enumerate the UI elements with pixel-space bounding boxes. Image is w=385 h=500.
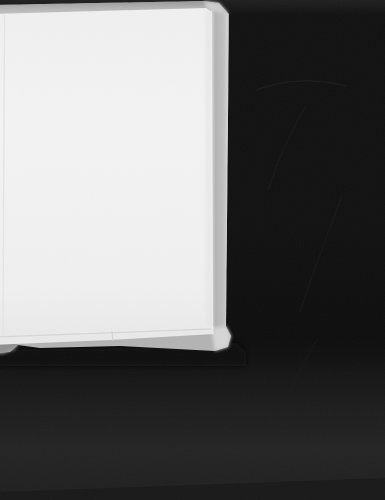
scanned-photo [0, 0, 385, 500]
film-grain-overlay [0, 0, 385, 500]
book-photo-svg [0, 0, 385, 500]
